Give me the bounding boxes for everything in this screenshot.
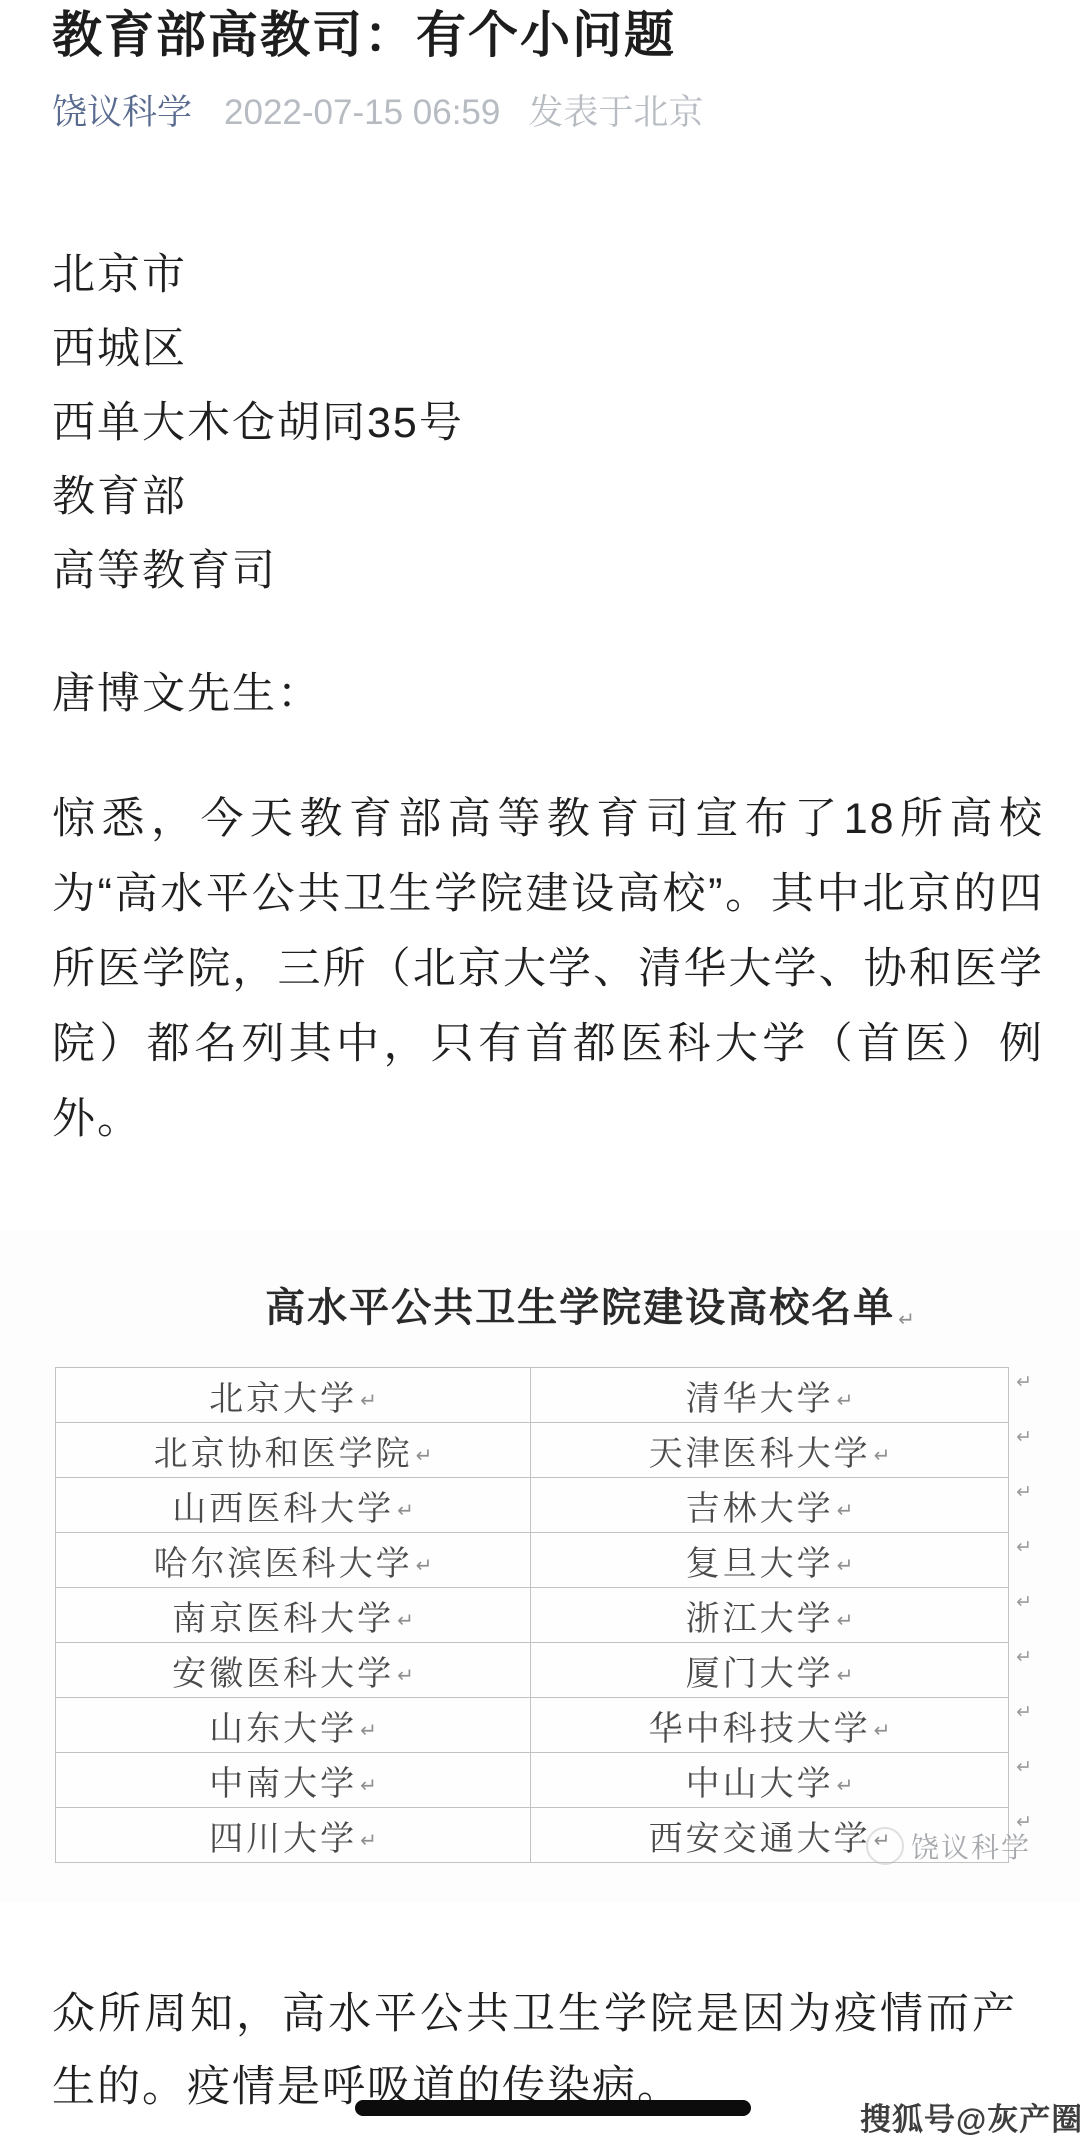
paragraph-mark-icon: ↵ xyxy=(874,1718,891,1743)
watermark-raoyi: 饶议科学 xyxy=(866,1826,1031,1866)
row-end-mark-icon: ↵ xyxy=(1016,1371,1032,1394)
row-end-mark-icon: ↵ xyxy=(1016,1591,1032,1614)
table-caption: 高水平公共卫生学院建设高校名单↵ xyxy=(240,1276,940,1333)
watermark-raoyi-text: 饶议科学 xyxy=(911,1826,1031,1866)
publish-location: 发表于北京 xyxy=(528,93,703,132)
university-name: 浙江大学 xyxy=(686,1591,834,1640)
paragraph-mark-icon: ↵ xyxy=(397,1498,414,1523)
address-line: 高等教育司 xyxy=(52,534,464,608)
university-name: 复旦大学 xyxy=(686,1536,834,1585)
address-block: 北京市 西城区 西单大木仓胡同35号 教育部 高等教育司 xyxy=(52,238,464,608)
table-cell: 天津医科大学↵ xyxy=(530,1423,1008,1477)
table-cell: 清华大学↵ xyxy=(530,1368,1008,1422)
university-name: 中南大学 xyxy=(209,1756,357,1805)
table-cell: 浙江大学↵ xyxy=(530,1588,1008,1642)
table-row: 哈尔滨医科大学↵复旦大学↵↵ xyxy=(56,1533,1008,1588)
university-name: 北京大学 xyxy=(209,1371,357,1420)
table-row: 中南大学↵中山大学↵↵ xyxy=(56,1753,1008,1808)
main-paragraph: 惊悉，今天教育部高等教育司宣布了18所高校为“高水平公共卫生学院建设高校”。其中… xyxy=(52,782,1044,1157)
university-name: 山西医科大学 xyxy=(172,1481,394,1530)
table-row: 北京协和医学院↵天津医科大学↵↵ xyxy=(56,1423,1008,1478)
paragraph-mark-icon: ↵ xyxy=(837,1663,854,1688)
university-name: 华中科技大学 xyxy=(649,1701,871,1750)
university-name: 北京协和医学院 xyxy=(154,1426,413,1475)
raoyi-logo-icon xyxy=(866,1827,904,1865)
paragraph-mark-icon: ↵ xyxy=(360,1773,377,1798)
paragraph-mark-icon: ↵ xyxy=(898,1307,915,1332)
article-page: { "article": { "title": "教育部高教司：有个小问题", … xyxy=(0,0,1080,2137)
paragraph-mark-icon: ↵ xyxy=(397,1608,414,1633)
university-name: 山东大学 xyxy=(209,1701,357,1750)
salutation: 唐博文先生： xyxy=(52,660,322,721)
table-row: 山东大学↵华中科技大学↵↵ xyxy=(56,1698,1008,1753)
university-name: 天津医科大学 xyxy=(649,1426,871,1475)
watermark-sohu: 搜狐号@灰产圈Pro xyxy=(860,2094,1080,2137)
row-end-mark-icon: ↵ xyxy=(1016,1756,1032,1779)
university-name: 中山大学 xyxy=(686,1756,834,1805)
article-meta: 饶议科学2022-07-15 06:59发表于北京 xyxy=(52,92,703,134)
table-scan-figure: 高水平公共卫生学院建设高校名单↵ 北京大学↵清华大学↵↵北京协和医学院↵天津医科… xyxy=(0,1230,1080,1902)
paragraph-mark-icon: ↵ xyxy=(416,1443,433,1468)
university-name: 安徽医科大学 xyxy=(172,1646,394,1695)
emphasis-underline xyxy=(355,2100,751,2116)
table-cell: 中山大学↵ xyxy=(530,1753,1008,1807)
university-name: 南京医科大学 xyxy=(172,1591,394,1640)
paragraph-mark-icon: ↵ xyxy=(874,1443,891,1468)
account-name-link[interactable]: 饶议科学 xyxy=(52,93,192,132)
publish-time: 2022-07-15 06:59 xyxy=(224,93,500,132)
table-cell: 四川大学↵ xyxy=(56,1808,530,1862)
address-line: 教育部 xyxy=(52,460,464,534)
paragraph-mark-icon: ↵ xyxy=(837,1498,854,1523)
university-name: 西安交通大学 xyxy=(649,1811,871,1860)
row-end-mark-icon: ↵ xyxy=(1016,1426,1032,1449)
paragraph-mark-icon: ↵ xyxy=(397,1663,414,1688)
table-cell: 中南大学↵ xyxy=(56,1753,530,1807)
university-table: 北京大学↵清华大学↵↵北京协和医学院↵天津医科大学↵↵山西医科大学↵吉林大学↵↵… xyxy=(55,1367,1009,1863)
table-cell: 北京协和医学院↵ xyxy=(56,1423,530,1477)
row-end-mark-icon: ↵ xyxy=(1016,1536,1032,1559)
row-end-mark-icon: ↵ xyxy=(1016,1646,1032,1669)
row-end-mark-icon: ↵ xyxy=(1016,1701,1032,1724)
row-end-mark-icon: ↵ xyxy=(1016,1481,1032,1504)
table-cell: 南京医科大学↵ xyxy=(56,1588,530,1642)
paragraph-mark-icon: ↵ xyxy=(416,1553,433,1578)
university-name: 吉林大学 xyxy=(686,1481,834,1530)
table-cell: 复旦大学↵ xyxy=(530,1533,1008,1587)
table-cell: 安徽医科大学↵ xyxy=(56,1643,530,1697)
table-caption-text: 高水平公共卫生学院建设高校名单 xyxy=(265,1286,895,1330)
university-name: 清华大学 xyxy=(686,1371,834,1420)
address-line: 西城区 xyxy=(52,312,464,386)
paragraph-mark-icon: ↵ xyxy=(837,1553,854,1578)
address-line: 北京市 xyxy=(52,238,464,312)
article-title: 教育部高教司：有个小问题 xyxy=(52,4,676,66)
table-cell: 厦门大学↵ xyxy=(530,1643,1008,1697)
paragraph-mark-icon: ↵ xyxy=(837,1608,854,1633)
paragraph-mark-icon: ↵ xyxy=(360,1718,377,1743)
university-name: 四川大学 xyxy=(209,1811,357,1860)
table-cell: 山东大学↵ xyxy=(56,1698,530,1752)
table-cell: 山西医科大学↵ xyxy=(56,1478,530,1532)
address-line: 西单大木仓胡同35号 xyxy=(52,386,464,460)
table-row: 南京医科大学↵浙江大学↵↵ xyxy=(56,1588,1008,1643)
table-cell: 北京大学↵ xyxy=(56,1368,530,1422)
table-cell: 哈尔滨医科大学↵ xyxy=(56,1533,530,1587)
university-name: 厦门大学 xyxy=(686,1646,834,1695)
paragraph-mark-icon: ↵ xyxy=(360,1828,377,1853)
table-row: 北京大学↵清华大学↵↵ xyxy=(56,1368,1008,1423)
table-row: 安徽医科大学↵厦门大学↵↵ xyxy=(56,1643,1008,1698)
paragraph-mark-icon: ↵ xyxy=(360,1388,377,1413)
table-cell: 华中科技大学↵ xyxy=(530,1698,1008,1752)
table-cell: 吉林大学↵ xyxy=(530,1478,1008,1532)
paragraph-mark-icon: ↵ xyxy=(837,1773,854,1798)
university-name: 哈尔滨医科大学 xyxy=(154,1536,413,1585)
paragraph-mark-icon: ↵ xyxy=(837,1388,854,1413)
table-row: 山西医科大学↵吉林大学↵↵ xyxy=(56,1478,1008,1533)
